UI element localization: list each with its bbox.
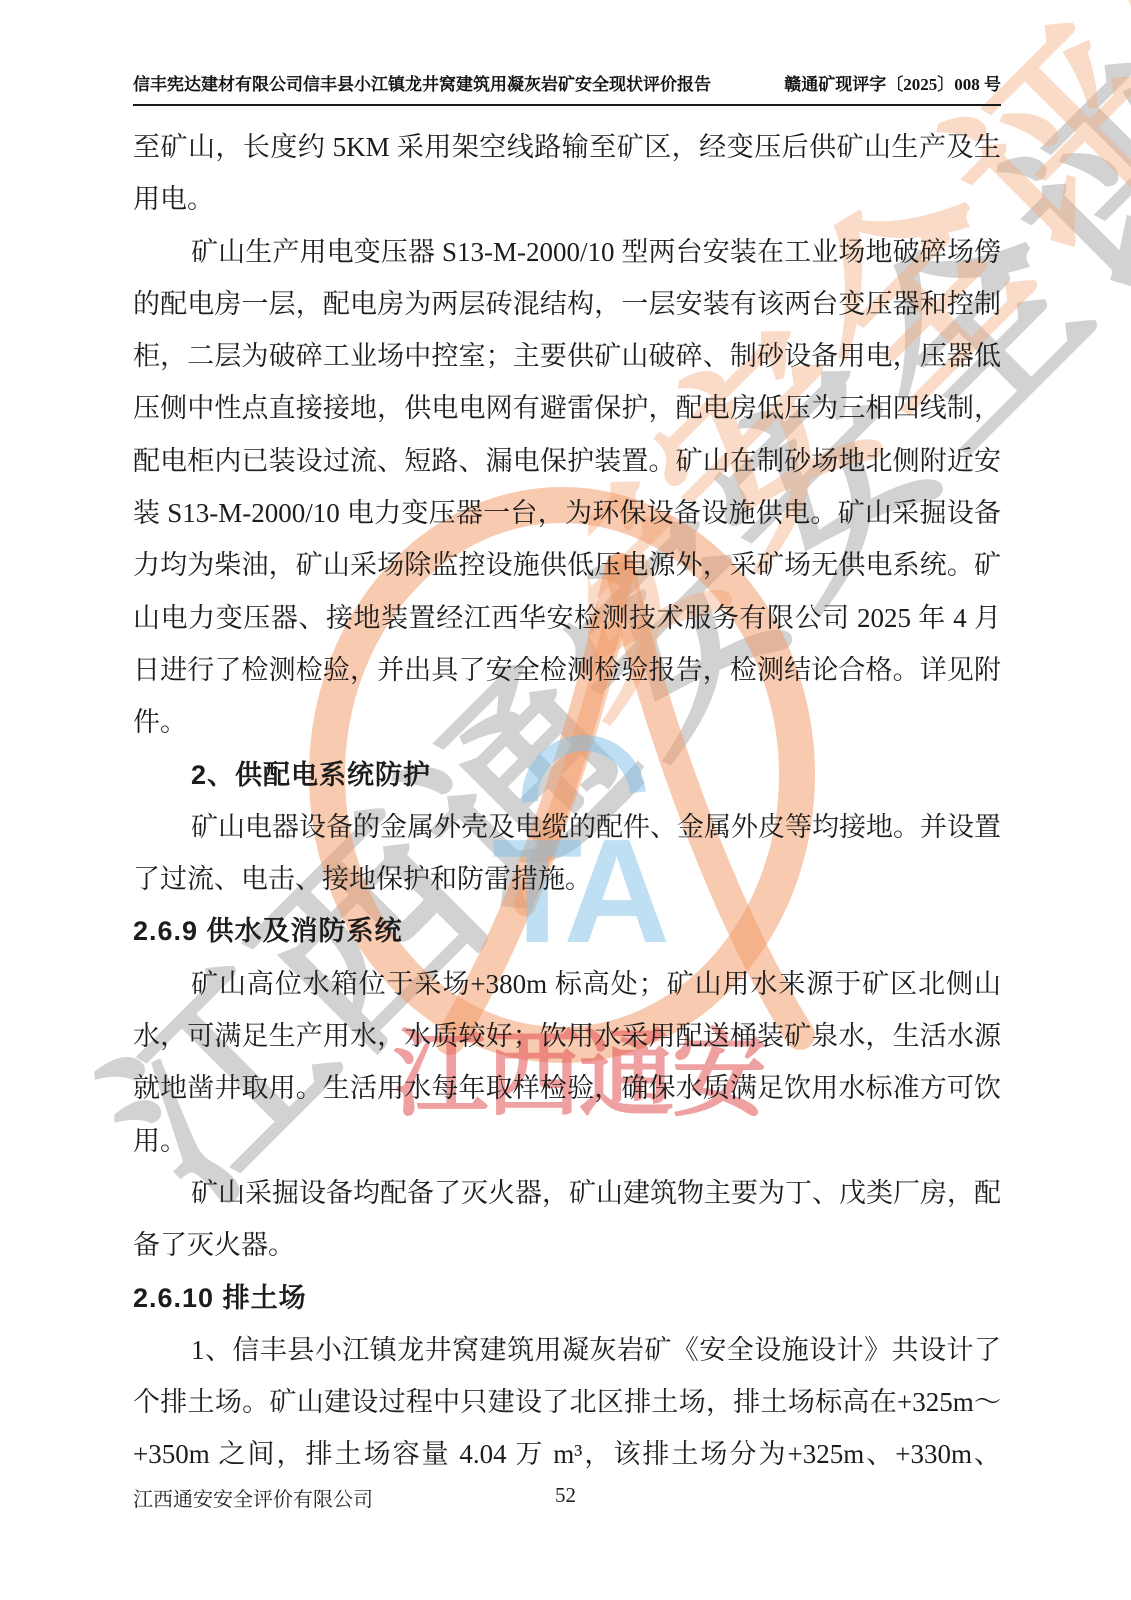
- document-body: 至矿山，长度约 5KM 采用架空线路输至矿区，经变压后供矿山生产及生活用电。矿山…: [133, 121, 1001, 1481]
- page-footer: 江西通安安全评价有限公司 52: [133, 1483, 1001, 1509]
- body-line: 用。: [133, 1115, 1001, 1167]
- page-header: 信丰宪达建材有限公司信丰县小江镇龙井窝建筑用凝灰岩矿安全现状评价报告 赣通矿现评…: [133, 70, 1001, 106]
- body-line: 2、供配电系统防护: [133, 749, 1001, 801]
- body-line: 压侧中性点直接接地，供电电网有避雷保护，配电房低压为三相四线制，: [133, 382, 1001, 434]
- header-doc-number: 赣通矿现评字〔2025〕008 号: [784, 70, 1001, 95]
- body-line: 柜，二层为破碎工业场中控室；主要供矿山破碎、制砂设备用电，压器低: [133, 330, 1001, 382]
- body-line: 用电。: [133, 173, 1001, 225]
- body-line: 矿山采掘设备均配备了灭火器，矿山建筑物主要为丁、戊类厂房，配: [133, 1167, 1001, 1219]
- body-line: 件。: [133, 696, 1001, 748]
- body-line: 日进行了检测检验，并出具了安全检测检验报告，检测结论合格。详见附: [133, 644, 1001, 696]
- body-line: 山电力变压器、接地装置经江西华安检测技术服务有限公司 2025 年 4 月 18: [133, 592, 1001, 644]
- body-line: 矿山高位水箱位于采场+380m 标高处；矿山用水来源于矿区北侧山涧: [133, 958, 1001, 1010]
- body-line: 力均为柴油，矿山采场除监控设施供低压电源外，采矿场无供电系统。矿: [133, 539, 1001, 591]
- body-line: 备了灭火器。: [133, 1219, 1001, 1271]
- body-line: 个排土场。矿山建设过程中只建设了北区排土场，排土场标高在+325m～: [133, 1376, 1001, 1428]
- body-line: 装 S13-M-2000/10 电力变压器一台，为环保设备设施供电。矿山采掘设备…: [133, 487, 1001, 539]
- body-line: 1、信丰县小江镇龙井窝建筑用凝灰岩矿《安全设施设计》共设计了三: [133, 1324, 1001, 1376]
- body-line: 配电柜内已装设过流、短路、漏电保护装置。矿山在制砂场地北侧附近安: [133, 435, 1001, 487]
- document-page: 江西通安安全评价有限公司 江西通安安全评价有限公司 TA 江西通安 信丰宪达建材…: [0, 0, 1131, 1600]
- body-line: 水，可满足生产用水，水质较好；饮用水采用配送桶装矿泉水，生活水源: [133, 1010, 1001, 1062]
- body-line: 矿山电器设备的金属外壳及电缆的配件、金属外皮等均接地。并设置: [133, 801, 1001, 853]
- footer-company: 江西通安安全评价有限公司: [133, 1483, 373, 1512]
- section-heading: 2.6.10 排土场: [133, 1272, 1001, 1324]
- body-line: 的配电房一层，配电房为两层砖混结构，一层安装有该两台变压器和控制: [133, 278, 1001, 330]
- footer-page-number: 52: [555, 1483, 576, 1508]
- body-line: 矿山生产用电变压器 S13-M-2000/10 型两台安装在工业场地破碎场傍: [133, 226, 1001, 278]
- body-line: 至矿山，长度约 5KM 采用架空线路输至矿区，经变压后供矿山生产及生活: [133, 121, 1001, 173]
- section-heading: 2.6.9 供水及消防系统: [133, 905, 1001, 957]
- header-report-title: 信丰宪达建材有限公司信丰县小江镇龙井窝建筑用凝灰岩矿安全现状评价报告: [133, 70, 711, 95]
- body-line: 就地凿井取用。生活用水每年取样检验，确保水质满足饮用水标准方可饮: [133, 1062, 1001, 1114]
- body-line: 了过流、电击、接地保护和防雷措施。: [133, 853, 1001, 905]
- body-line: +350m 之间，排土场容量 4.04 万 m³，该排土场分为+325m、+33…: [133, 1428, 1001, 1480]
